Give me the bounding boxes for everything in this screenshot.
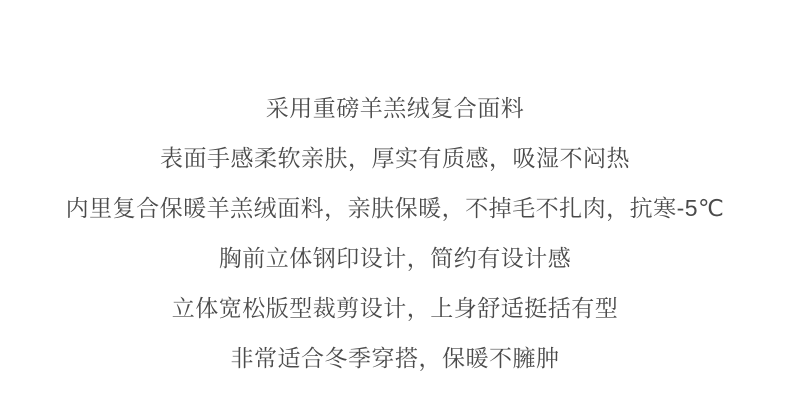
description-line-fabric: 采用重磅羊羔绒复合面料 — [0, 83, 790, 133]
product-description-panel: 采用重磅羊羔绒复合面料 表面手感柔软亲肤，厚实有质感，吸湿不闷热 内里复合保暖羊… — [0, 0, 790, 399]
description-line-winter: 非常适合冬季穿搭，保暖不臃肿 — [0, 333, 790, 383]
description-line-cut: 立体宽松版型裁剪设计，上身舒适挺括有型 — [0, 283, 790, 333]
description-line-surface: 表面手感柔软亲肤，厚实有质感，吸湿不闷热 — [0, 133, 790, 183]
description-line-lining: 内里复合保暖羊羔绒面料，亲肤保暖，不掉毛不扎肉，抗寒-5℃ — [0, 183, 790, 233]
description-line-print: 胸前立体钢印设计，简约有设计感 — [0, 233, 790, 283]
